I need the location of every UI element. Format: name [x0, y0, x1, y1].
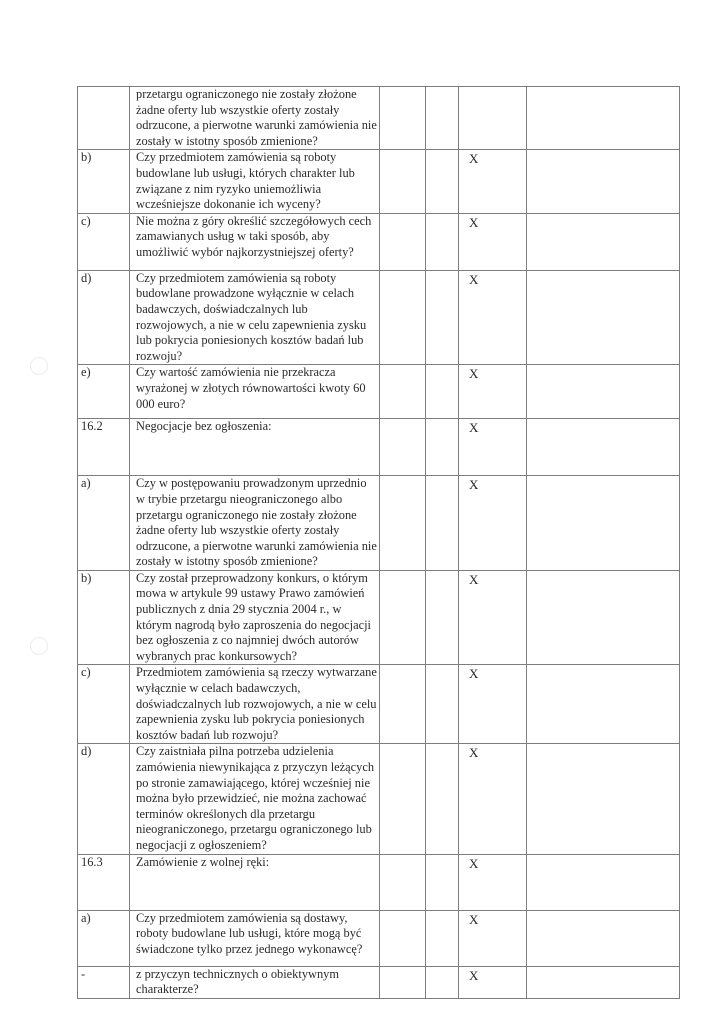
punch-hole-mark: [30, 637, 48, 655]
table-row: c)Nie można z góry określić szczegółowyc…: [78, 213, 680, 270]
question-text: Czy przedmiotem zamówienia są roboty bud…: [130, 270, 380, 365]
notes-cell: [527, 270, 680, 365]
table-row: przetargu ograniczonego nie zostały złoż…: [78, 87, 680, 150]
question-text: Czy został przeprowadzony konkurs, o któ…: [130, 570, 380, 665]
notes-cell: [527, 665, 680, 744]
notes-cell: [527, 910, 680, 966]
row-number: d): [78, 744, 130, 854]
answer-mark: X: [459, 213, 527, 270]
answer-cell-2: [426, 665, 459, 744]
row-number: e): [78, 365, 130, 419]
answer-cell-2: [426, 744, 459, 854]
answer-cell-2: [426, 150, 459, 213]
answer-cell-1: [380, 150, 426, 213]
answer-mark: X: [459, 910, 527, 966]
answer-mark: X: [459, 419, 527, 476]
answer-cell-2: [426, 270, 459, 365]
answer-cell-2: [426, 854, 459, 910]
answer-cell-2: [426, 213, 459, 270]
answer-cell-1: [380, 213, 426, 270]
row-number: b): [78, 570, 130, 665]
question-text: Negocjacje bez ogłoszenia:: [130, 419, 380, 476]
question-text: Zamówienie z wolnej ręki:: [130, 854, 380, 910]
answer-mark: [459, 87, 527, 150]
answer-cell-2: [426, 476, 459, 571]
answer-cell-2: [426, 910, 459, 966]
answer-cell-2: [426, 365, 459, 419]
answer-cell-2: [426, 87, 459, 150]
answer-mark: X: [459, 854, 527, 910]
question-text: Nie można z góry określić szczegółowych …: [130, 213, 380, 270]
answer-cell-1: [380, 570, 426, 665]
checklist-table: przetargu ograniczonego nie zostały złoż…: [77, 86, 680, 999]
notes-cell: [527, 854, 680, 910]
question-text: Czy przedmiotem zamówienia są dostawy, r…: [130, 910, 380, 966]
table-row: 16.3Zamówienie z wolnej ręki:X: [78, 854, 680, 910]
question-text: z przyczyn technicznych o obiektywnym ch…: [130, 966, 380, 998]
table-row: d)Czy przedmiotem zamówienia są roboty b…: [78, 270, 680, 365]
answer-cell-1: [380, 476, 426, 571]
answer-cell-1: [380, 854, 426, 910]
notes-cell: [527, 365, 680, 419]
row-number: b): [78, 150, 130, 213]
table-row: b)Czy został przeprowadzony konkurs, o k…: [78, 570, 680, 665]
punch-hole-mark: [30, 357, 48, 375]
table-row: a)Czy przedmiotem zamówienia są dostawy,…: [78, 910, 680, 966]
answer-cell-1: [380, 87, 426, 150]
table-row: e)Czy wartość zamówienia nie przekracza …: [78, 365, 680, 419]
table-row: a)Czy w postępowaniu prowadzonym uprzedn…: [78, 476, 680, 571]
question-text: przetargu ograniczonego nie zostały złoż…: [130, 87, 380, 150]
answer-cell-1: [380, 744, 426, 854]
row-number: a): [78, 910, 130, 966]
notes-cell: [527, 87, 680, 150]
table-row: d)Czy zaistniała pilna potrzeba udzielen…: [78, 744, 680, 854]
notes-cell: [527, 150, 680, 213]
row-number: -: [78, 966, 130, 998]
row-number: c): [78, 665, 130, 744]
answer-cell-1: [380, 910, 426, 966]
answer-mark: X: [459, 966, 527, 998]
question-text: Czy wartość zamówienia nie przekracza wy…: [130, 365, 380, 419]
table-row: -z przyczyn technicznych o obiektywnym c…: [78, 966, 680, 998]
notes-cell: [527, 966, 680, 998]
table-row: 16.2Negocjacje bez ogłoszenia:X: [78, 419, 680, 476]
answer-cell-2: [426, 419, 459, 476]
question-text: Czy zaistniała pilna potrzeba udzielenia…: [130, 744, 380, 854]
notes-cell: [527, 213, 680, 270]
row-number: 16.3: [78, 854, 130, 910]
row-number: c): [78, 213, 130, 270]
row-number: d): [78, 270, 130, 365]
answer-mark: X: [459, 570, 527, 665]
table-row: b)Czy przedmiotem zamówienia są roboty b…: [78, 150, 680, 213]
row-number: a): [78, 476, 130, 571]
answer-mark: X: [459, 365, 527, 419]
answer-cell-2: [426, 966, 459, 998]
answer-cell-1: [380, 419, 426, 476]
notes-cell: [527, 476, 680, 571]
notes-cell: [527, 570, 680, 665]
answer-mark: X: [459, 150, 527, 213]
notes-cell: [527, 744, 680, 854]
question-text: Czy przedmiotem zamówienia są roboty bud…: [130, 150, 380, 213]
answer-mark: X: [459, 270, 527, 365]
row-number: [78, 87, 130, 150]
answer-cell-1: [380, 665, 426, 744]
row-number: 16.2: [78, 419, 130, 476]
answer-mark: X: [459, 744, 527, 854]
question-text: Czy w postępowaniu prowadzonym uprzednio…: [130, 476, 380, 571]
answer-cell-2: [426, 570, 459, 665]
notes-cell: [527, 419, 680, 476]
answer-cell-1: [380, 966, 426, 998]
answer-cell-1: [380, 365, 426, 419]
question-text: Przedmiotem zamówienia są rzeczy wytwarz…: [130, 665, 380, 744]
answer-cell-1: [380, 270, 426, 365]
answer-mark: X: [459, 665, 527, 744]
answer-mark: X: [459, 476, 527, 571]
table-row: c)Przedmiotem zamówienia są rzeczy wytwa…: [78, 665, 680, 744]
